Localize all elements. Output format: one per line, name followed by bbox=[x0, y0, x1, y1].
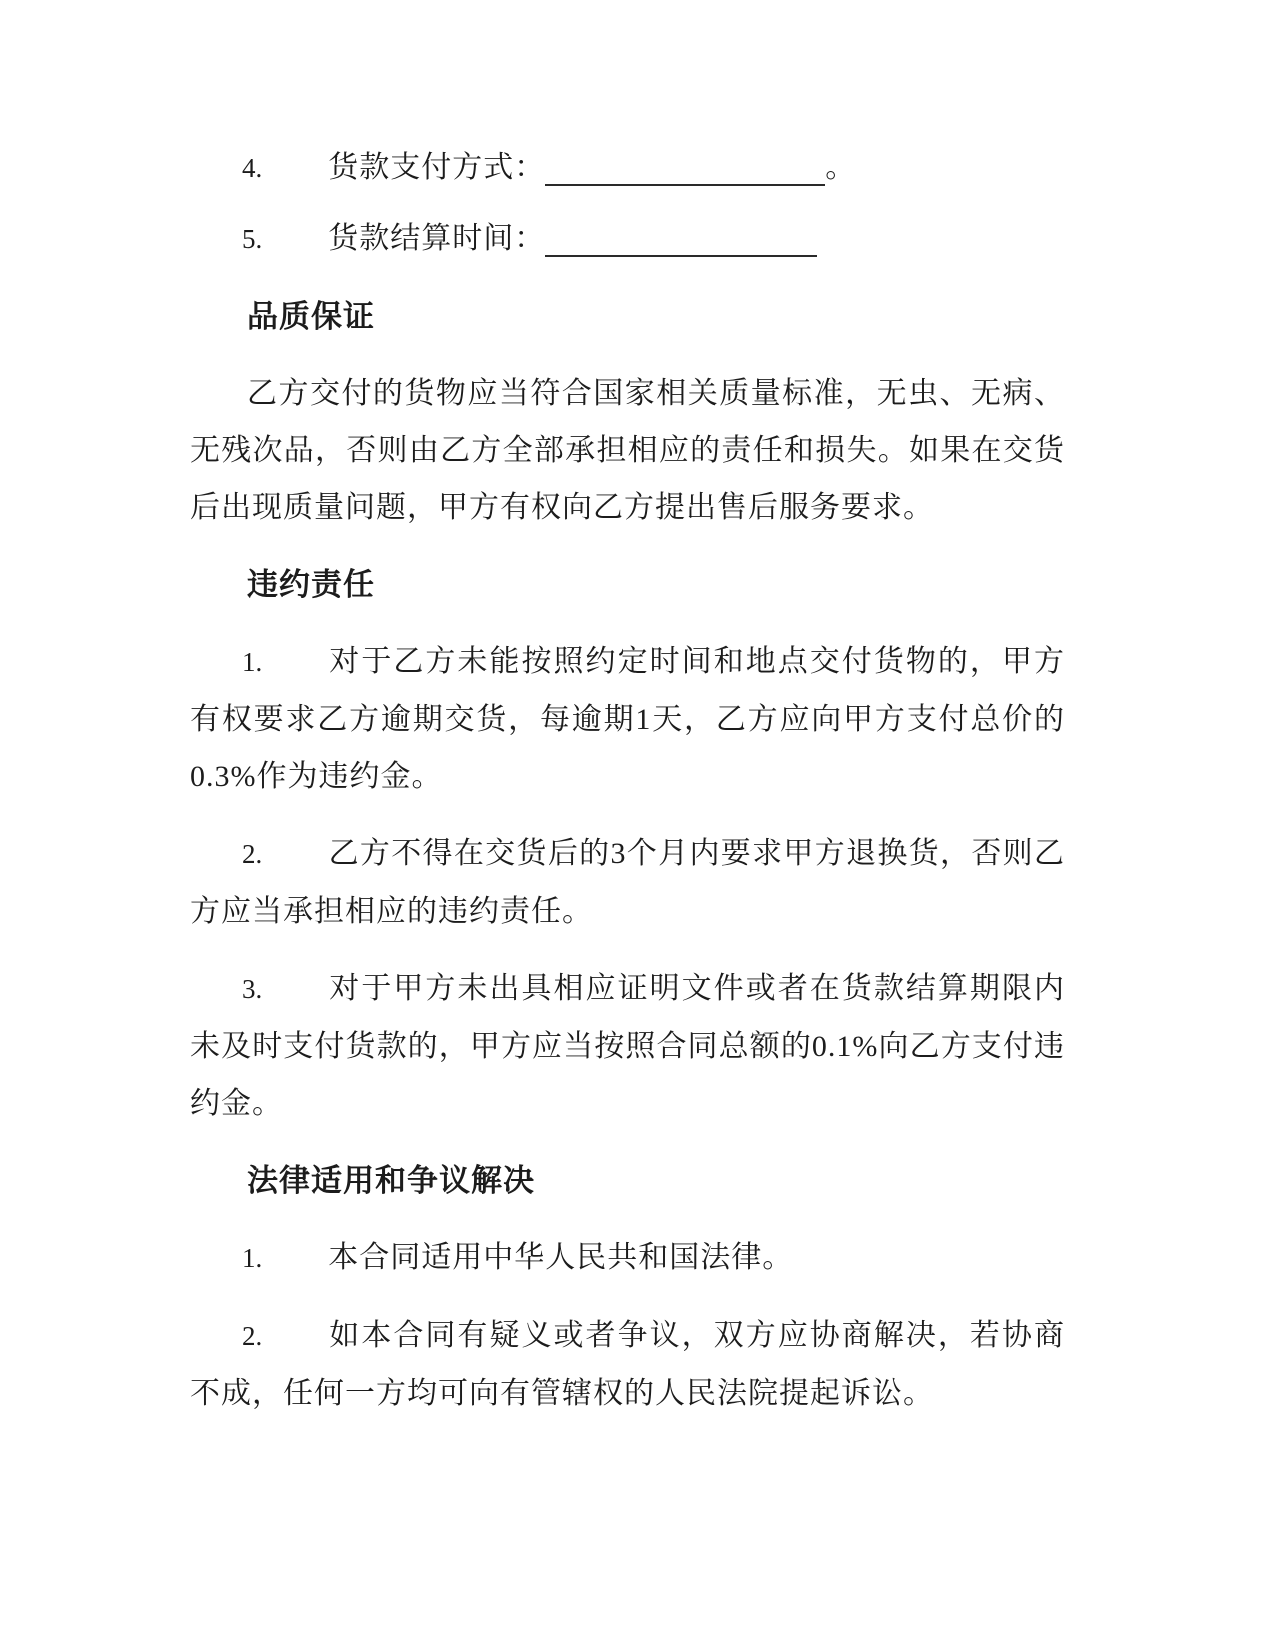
section-heading-law-and-dispute: 法律适用和争议解决 bbox=[190, 1152, 1065, 1209]
paragraph-quality-guarantee: 乙方交付的货物应当符合国家相关质量标准，无虫、无病、无残次品，否则由乙方全部承担… bbox=[190, 365, 1065, 536]
fill-in-blank-line bbox=[545, 225, 817, 257]
item-number: 4. bbox=[242, 153, 262, 183]
list-item-payment-method: 4.货款支付方式：。 bbox=[190, 139, 1065, 197]
section-heading-breach-liability: 违约责任 bbox=[190, 556, 1065, 613]
item-number: 3. bbox=[242, 974, 262, 1004]
item-text: 对于甲方未出具相应证明文件或者在货款结算期限内未及时支付货款的，甲方应当按照合同… bbox=[190, 972, 1065, 1120]
list-item-breach-3: 3.对于甲方未出具相应证明文件或者在货款结算期限内未及时支付货款的，甲方应当按照… bbox=[190, 960, 1065, 1132]
section-heading-quality-guarantee: 品质保证 bbox=[190, 288, 1065, 345]
list-item-law-2: 2.如本合同有疑义或者争议，双方应协商解决，若协商不成，任何一方均可向有管辖权的… bbox=[190, 1307, 1065, 1422]
item-number: 2. bbox=[242, 839, 262, 869]
item-number: 2. bbox=[242, 1321, 262, 1351]
item-number: 1. bbox=[242, 647, 262, 677]
list-item-settlement-time: 5.货款结算时间： bbox=[190, 210, 1065, 268]
list-item-breach-1: 1.对于乙方未能按照约定时间和地点交付货物的，甲方有权要求乙方逾期交货，每逾期1… bbox=[190, 633, 1065, 805]
fill-in-blank-line bbox=[545, 154, 825, 186]
item-label: 货款结算时间： bbox=[328, 222, 545, 255]
item-label: 货款支付方式： bbox=[328, 151, 545, 184]
contract-document-page: 4.货款支付方式：。 5.货款结算时间： 品质保证 乙方交付的货物应当符合国家相… bbox=[0, 0, 1275, 1650]
list-item-law-1: 1.本合同适用中华人民共和国法律。 bbox=[190, 1229, 1065, 1287]
item-text: 如本合同有疑义或者争议，双方应协商解决，若协商不成，任何一方均可向有管辖权的人民… bbox=[190, 1319, 1065, 1410]
item-text: 乙方不得在交货后的3个月内要求甲方退换货，否则乙方应当承担相应的违约责任。 bbox=[190, 837, 1065, 928]
list-item-breach-2: 2.乙方不得在交货后的3个月内要求甲方退换货，否则乙方应当承担相应的违约责任。 bbox=[190, 825, 1065, 940]
item-text: 本合同适用中华人民共和国法律。 bbox=[328, 1241, 793, 1274]
item-text: 对于乙方未能按照约定时间和地点交付货物的，甲方有权要求乙方逾期交货，每逾期1天，… bbox=[190, 645, 1065, 793]
item-number: 5. bbox=[242, 224, 262, 254]
item-number: 1. bbox=[242, 1243, 262, 1273]
item-suffix: 。 bbox=[825, 151, 856, 184]
